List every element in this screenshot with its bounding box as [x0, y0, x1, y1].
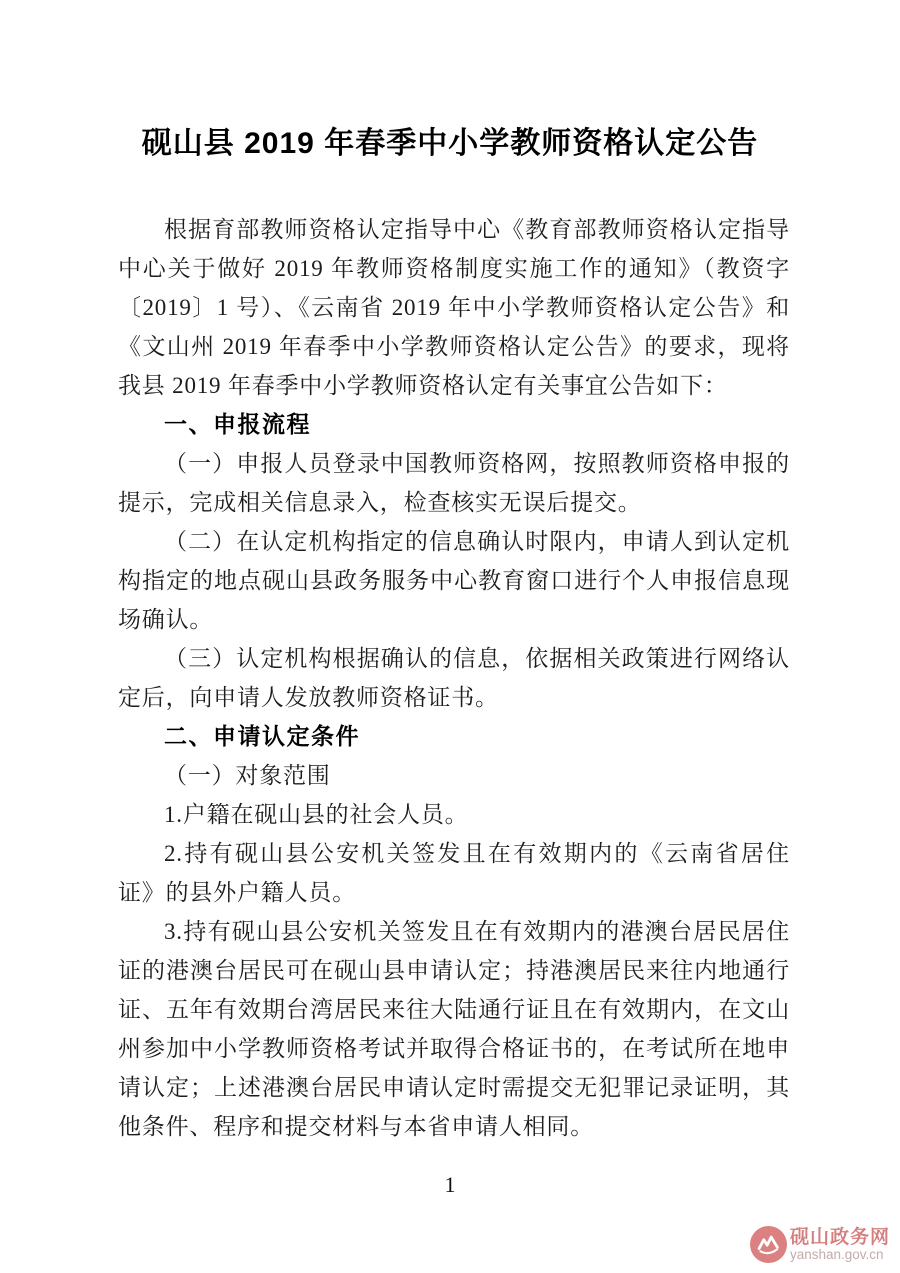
paragraph-intro: 根据育部教师资格认定指导中心《教育部教师资格认定指导中心关于做好 2019 年教… [118, 210, 790, 405]
paragraph-scope-item-1: 1.户籍在砚山县的社会人员。 [118, 795, 790, 834]
site-name: 砚山政务网 [790, 1228, 890, 1247]
paragraph-scope-item-3: 3.持有砚山县公安机关签发且在有效期内的港澳台居民居住证的港澳台居民可在砚山县申… [118, 912, 790, 1146]
page-title: 砚山县 2019 年春季中小学教师资格认定公告 [0, 0, 900, 164]
page-number: 1 [0, 1172, 900, 1198]
paragraph-step-2: （二）在认定机构指定的信息确认时限内，申请人到认定机构指定的地点砚山县政务服务中… [118, 522, 790, 639]
site-logo-text: 砚山政务网 yanshan.gov.cn [790, 1228, 890, 1262]
site-watermark: 砚山政务网 yanshan.gov.cn [750, 1226, 890, 1263]
paragraph-scope-title: （一）对象范围 [118, 756, 790, 795]
document-body: 根据育部教师资格认定指导中心《教育部教师资格认定指导中心关于做好 2019 年教… [118, 210, 790, 1146]
site-logo-circle [750, 1226, 787, 1263]
site-url: yanshan.gov.cn [790, 1248, 890, 1262]
paragraph-step-1: （一）申报人员登录中国教师资格网，按照教师资格申报的提示，完成相关信息录入，检查… [118, 444, 790, 522]
section-heading-1: 一、申报流程 [118, 405, 790, 444]
section-heading-2: 二、申请认定条件 [118, 717, 790, 756]
paragraph-step-3: （三）认定机构根据确认的信息，依据相关政策进行网络认定后，向申请人发放教师资格证… [118, 639, 790, 717]
paragraph-scope-item-2: 2.持有砚山县公安机关签发且在有效期内的《云南省居住证》的县外户籍人员。 [118, 834, 790, 912]
document-page: 砚山县 2019 年春季中小学教师资格认定公告 根据育部教师资格认定指导中心《教… [0, 0, 900, 1273]
mountain-m-icon [755, 1231, 782, 1258]
